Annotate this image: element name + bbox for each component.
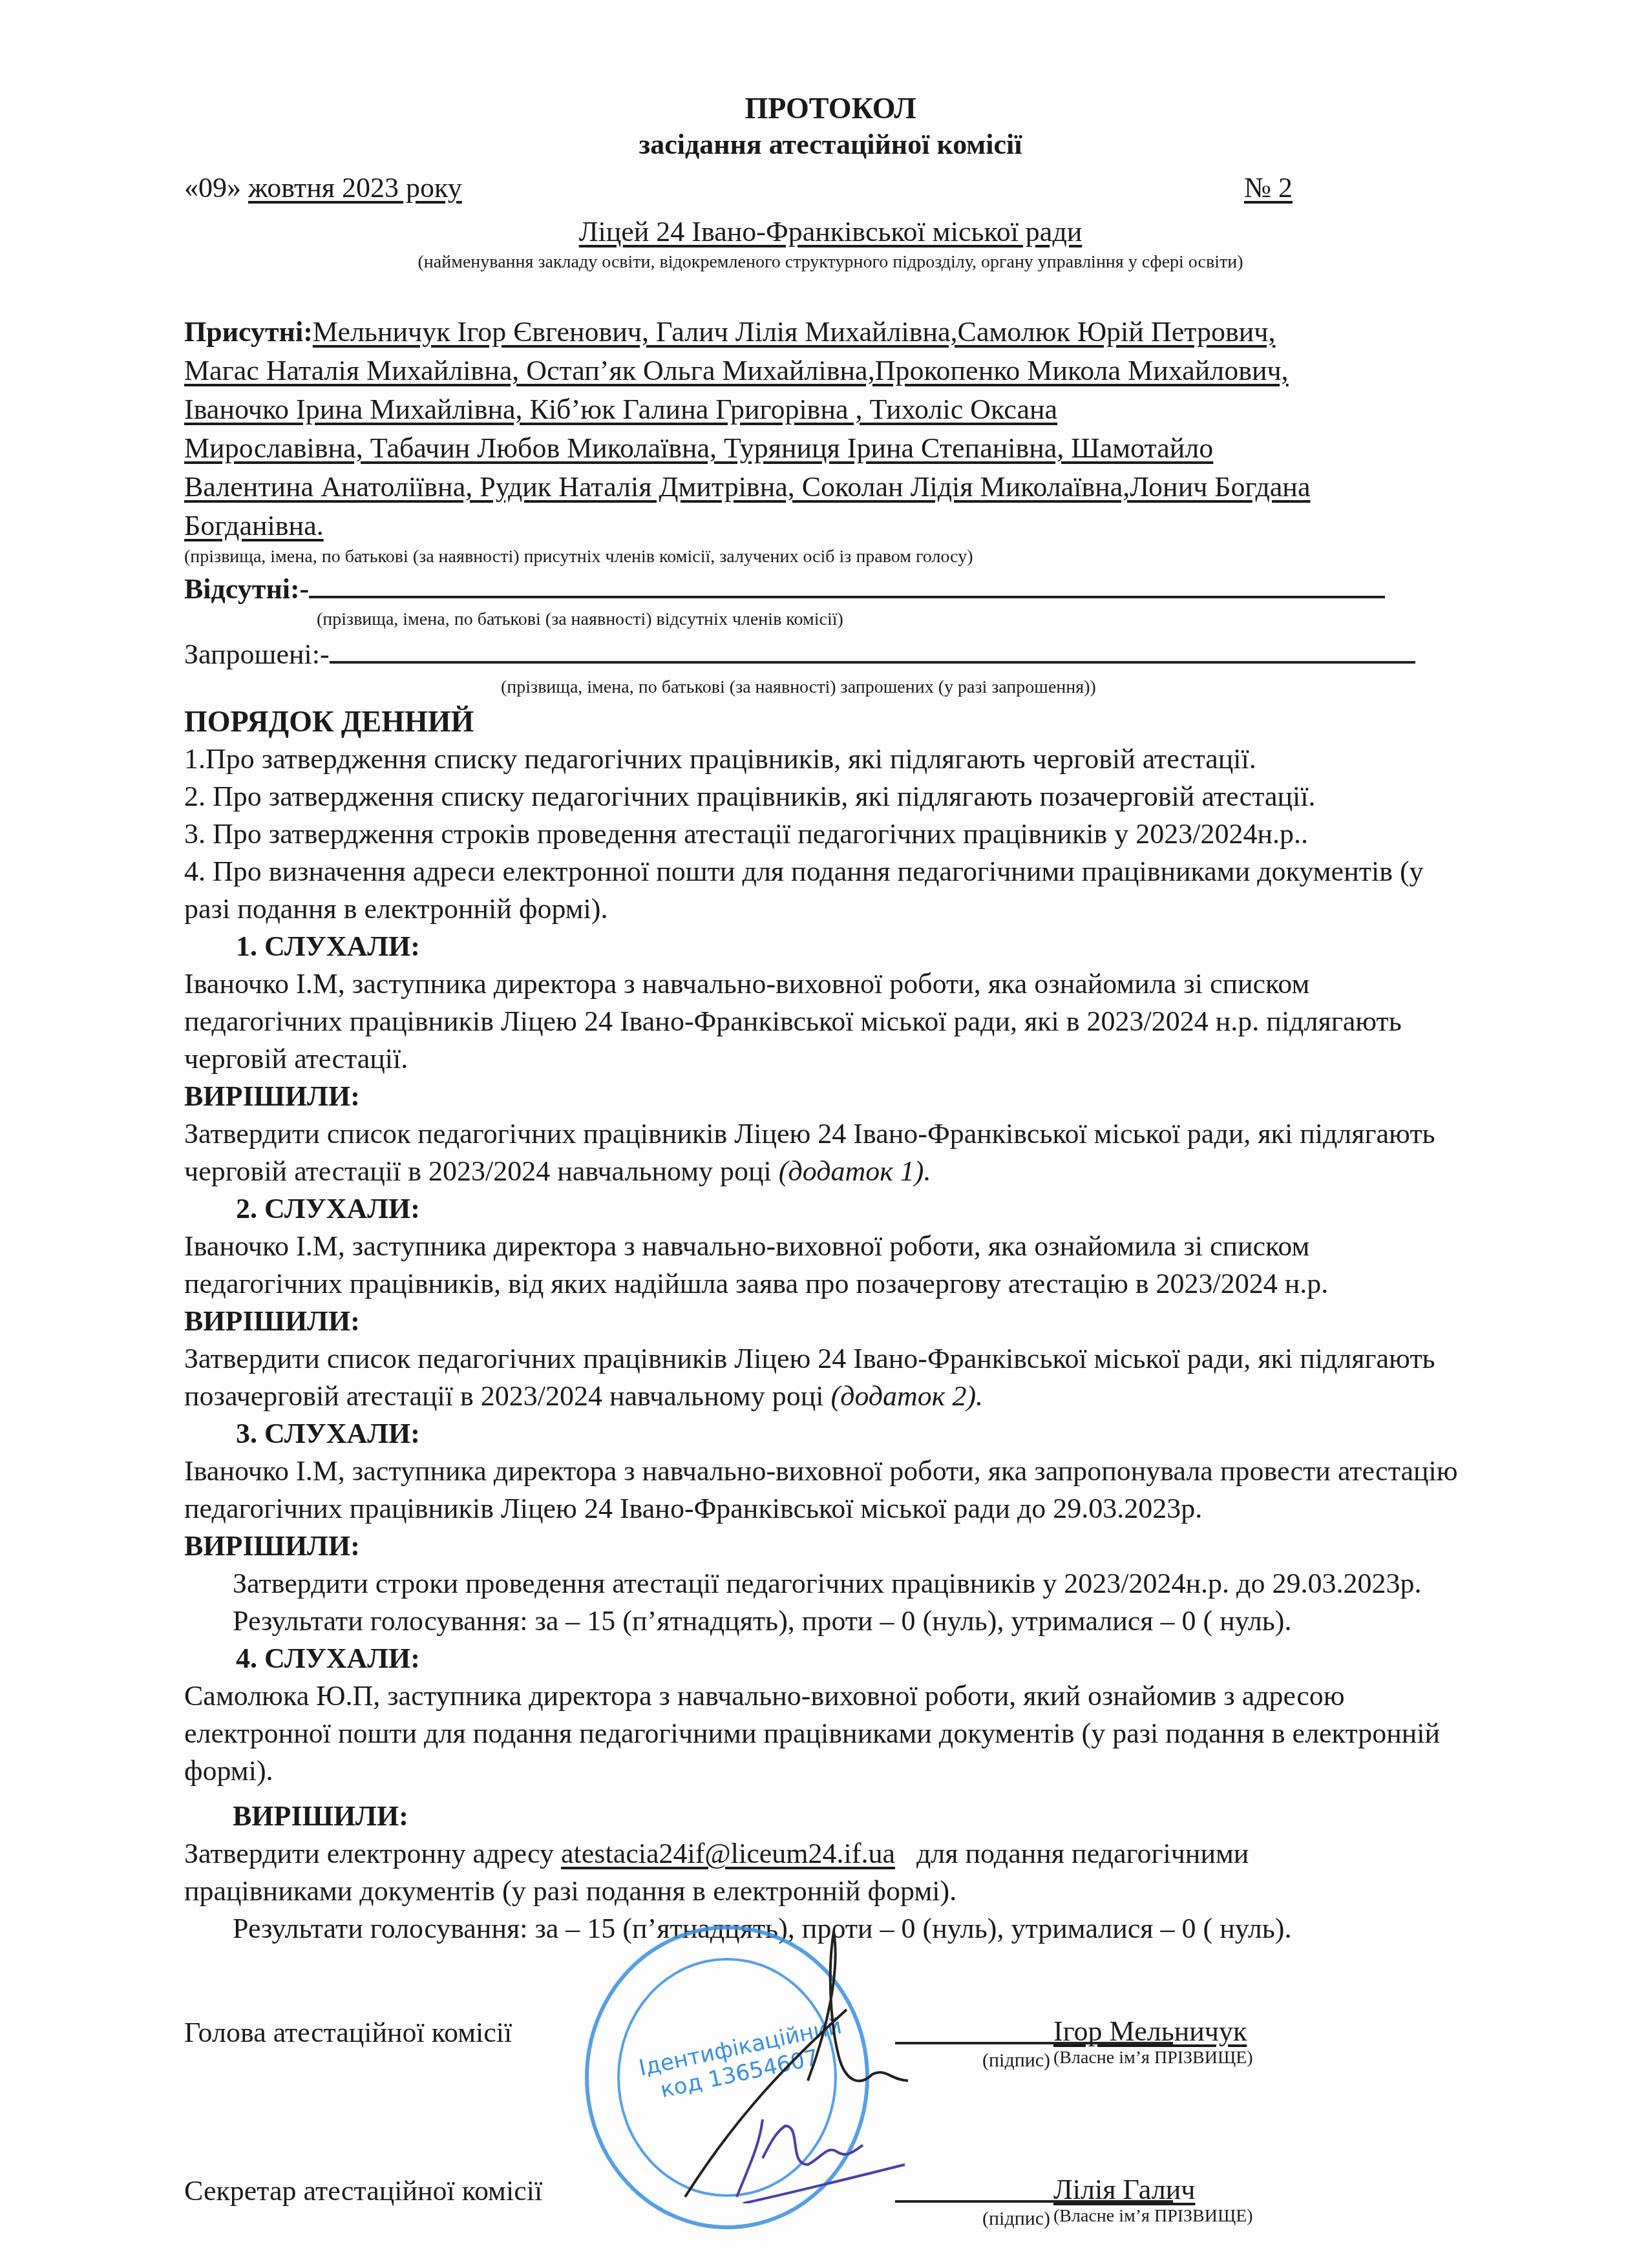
chair-signature-caption: (підпис) [982,2050,1050,2072]
agenda-item: 1.Про затвердження списку педагогічних п… [184,740,1477,778]
protocol-document: ПРОТОКОЛ засідання атестаційної комісії … [184,90,1477,1948]
absent-blank-line [309,570,1385,598]
secretary-signature-caption: (підпис) [982,2208,1050,2230]
document-subtitle: засідання атестаційної комісії [184,127,1477,163]
absent-label: Відсутні:- [184,573,309,605]
appendix-note-2: (додаток 2). [830,1380,983,1412]
decided-label-1: ВИРІШИЛИ: [184,1078,1477,1115]
heard-text-3: Іваночко І.М, заступника директора з нав… [184,1453,1470,1528]
heard-label-3: 3. СЛУХАЛИ: [184,1415,1477,1453]
organization-name: Ліцей 24 Івано-Франківської міської ради [579,216,1083,247]
present-line: Богданівна. [184,510,324,541]
heard-label-2: 2. СЛУХАЛИ: [184,1190,1477,1228]
present-caption: (прізвища, імена, по батькові (за наявно… [184,545,1477,569]
agenda-item: 2. Про затвердження списку педагогічних … [184,778,1477,815]
organization-caption: (найменування закладу освіти, відокремле… [184,251,1477,274]
secretary-name: Лілія Галич [1053,2173,1253,2206]
decided-block-1: Затвердити список педагогічних працівник… [184,1115,1451,1190]
absent-row: Відсутні:- [184,570,1477,608]
present-line: Іваночко Ірина Михайлівна, Кіб’юк Галина… [184,394,1057,425]
secretary-name-block: Лілія Галич (Власне ім’я ПРІЗВИЩЕ) [1053,2173,1253,2227]
agenda-item: 3. Про затвердження строків проведення а… [184,815,1477,853]
invited-row: Запрошені:- [184,635,1477,673]
agenda-heading: ПОРЯДОК ДЕННИЙ [184,703,1477,740]
signature-block: Голова атестаційної комісії (підпис) Іго… [184,2016,1477,2242]
protocol-number: № 2 [1244,169,1293,207]
chair-signature-row: Голова атестаційної комісії (підпис) Іго… [184,2016,1477,2049]
present-line: Мирославівна, Табачин Любов Миколаївна, … [184,432,1213,464]
present-line: Валентина Анатоліївна, Рудик Наталія Дми… [184,471,1310,503]
vote-result-3: Результати голосування: за – 15 (п’ятнад… [184,1602,1477,1640]
present-line: Магас Наталія Михайлівна, Остап’як Ольга… [184,355,1289,386]
heard-label-4: 4. СЛУХАЛИ: [184,1640,1477,1677]
date-day: «09» [184,172,241,204]
decided-label-3: ВИРІШИЛИ: [184,1528,1477,1565]
meeting-date: «09» жовтня 2023 року [184,169,462,207]
heard-text-2: Іваночко І.М, заступника директора з нав… [184,1228,1470,1303]
date-month-year: жовтня 2023 року [248,172,462,204]
present-label: Присутні: [184,316,313,348]
organization-block: Ліцей 24 Івано-Франківської міської ради [184,213,1477,251]
heard-label-1: 1. СЛУХАЛИ: [184,928,1477,965]
chair-name-caption: (Власне ім’я ПРІЗВИЩЕ) [1053,2048,1253,2068]
decided-block-4: Затвердити електронну адресу atestacia24… [184,1835,1412,1910]
date-number-row: «09» жовтня 2023 року № 2 [184,169,1293,207]
agenda-item: 4. Про визначення адреси електронної пош… [184,853,1438,928]
heard-text-4: Самолюка Ю.П, заступника директора з нав… [184,1677,1470,1790]
decided-label-4: ВИРІШИЛИ: [184,1798,1477,1835]
appendix-note-1: (додаток 1). [779,1155,931,1187]
chair-label: Голова атестаційної комісії [184,2017,512,2048]
document-title: ПРОТОКОЛ [184,90,1477,127]
decided-label-2: ВИРІШИЛИ: [184,1303,1477,1340]
present-members: Присутні:Мельничук Ігор Євгенович, Галич… [184,313,1477,545]
heard-text-1: Іваночко І.М, заступника директора з нав… [184,965,1470,1078]
invited-blank-line [330,635,1415,664]
present-line: Мельничук Ігор Євгенович, Галич Лілія Ми… [313,316,1276,348]
secretary-name-caption: (Власне ім’я ПРІЗВИЩЕ) [1053,2206,1253,2227]
decided-text-3: Затвердити строки проведення атестації п… [184,1565,1435,1602]
decided-block-2: Затвердити список педагогічних працівник… [184,1340,1451,1415]
chair-name: Ігор Мельничук [1053,2015,1253,2048]
decided-prefix-4: Затвердити електронну адресу [184,1838,561,1869]
secretary-signature-row: Секретар атестаційної комісії (підпис) Л… [184,2174,1477,2207]
absent-caption: (прізвища, імена, по батькові (за наявно… [184,608,1477,631]
chair-name-block: Ігор Мельничук (Власне ім’я ПРІЗВИЩЕ) [1053,2015,1253,2068]
decided-text-2: Затвердити список педагогічних працівник… [184,1343,1435,1412]
secretary-label: Секретар атестаційної комісії [184,2175,542,2207]
invited-caption: (прізвища, імена, по батькові (за наявно… [184,676,1477,699]
invited-label: Запрошені:- [184,638,330,670]
email-link[interactable]: atestacia24if@liceum24.if.ua [561,1838,895,1869]
